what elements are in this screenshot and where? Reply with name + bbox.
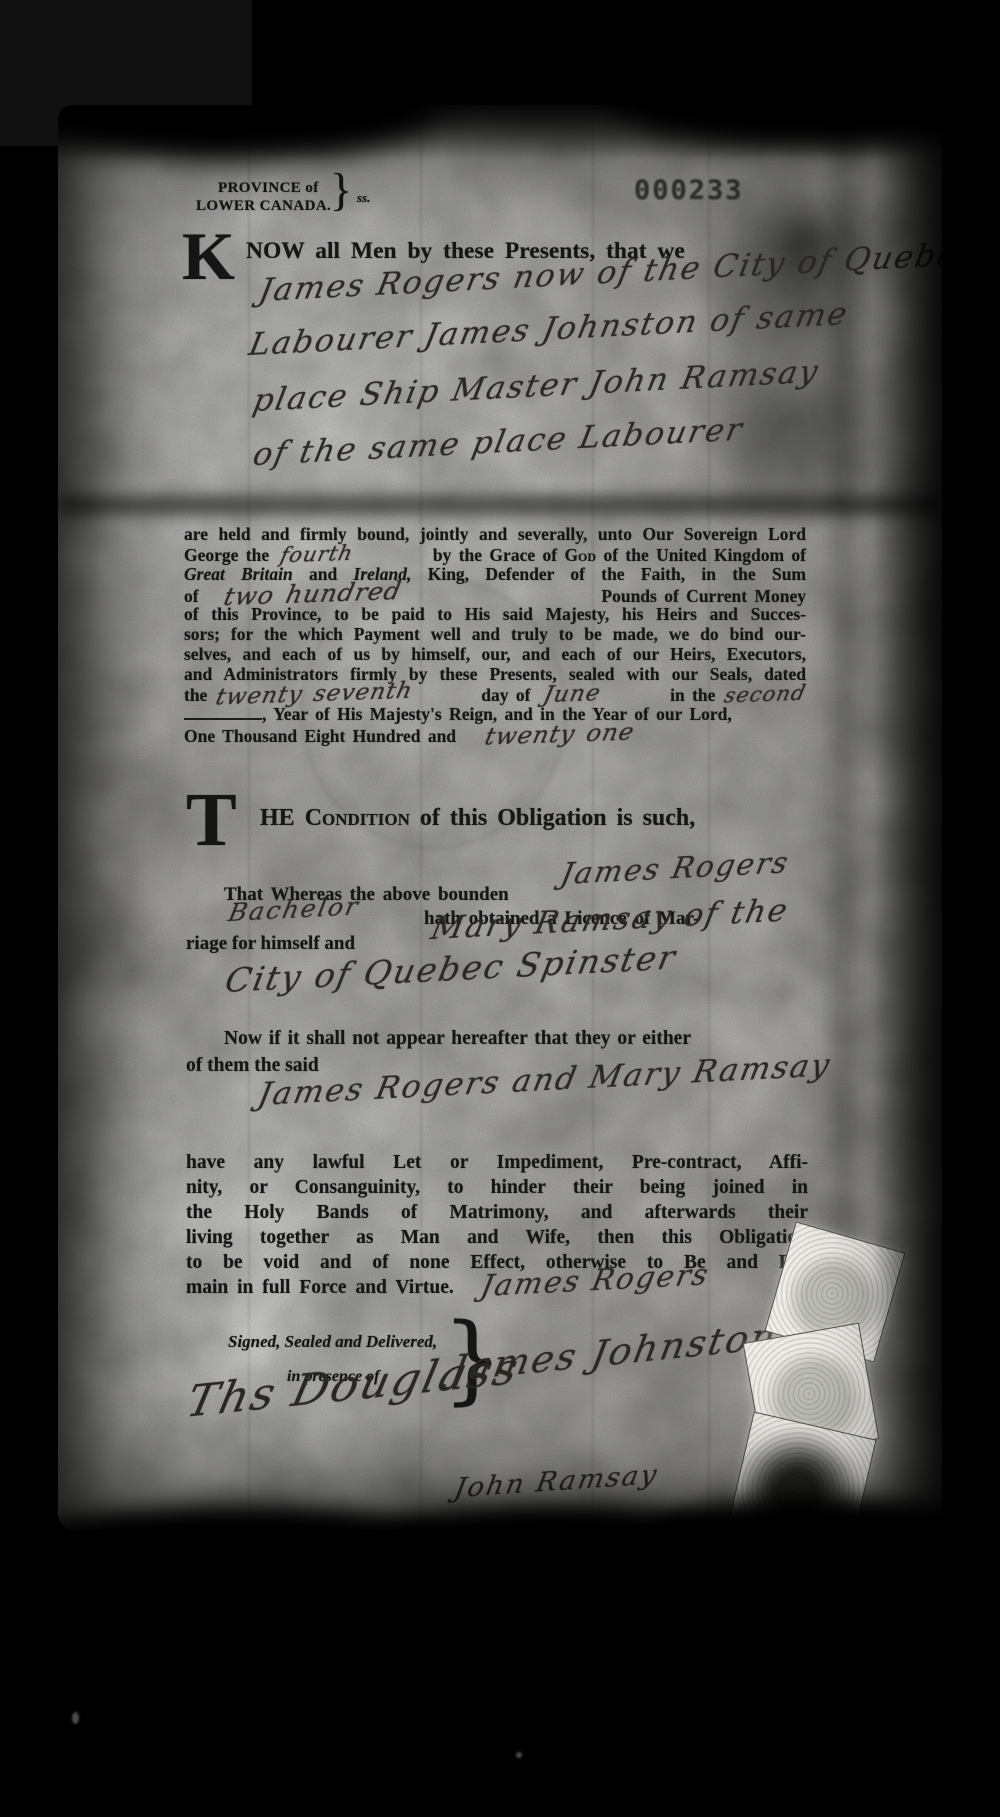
dust-speck: [72, 1712, 79, 1724]
document-paper: PROVINCE of LOWER CANADA. } ss. 000233 e…: [58, 105, 942, 1530]
microfilm-scan: PROVINCE of LOWER CANADA. } ss. 000233 e…: [0, 0, 1000, 1817]
dust-speck: [516, 1752, 522, 1758]
scan-vignette: [58, 105, 942, 1530]
